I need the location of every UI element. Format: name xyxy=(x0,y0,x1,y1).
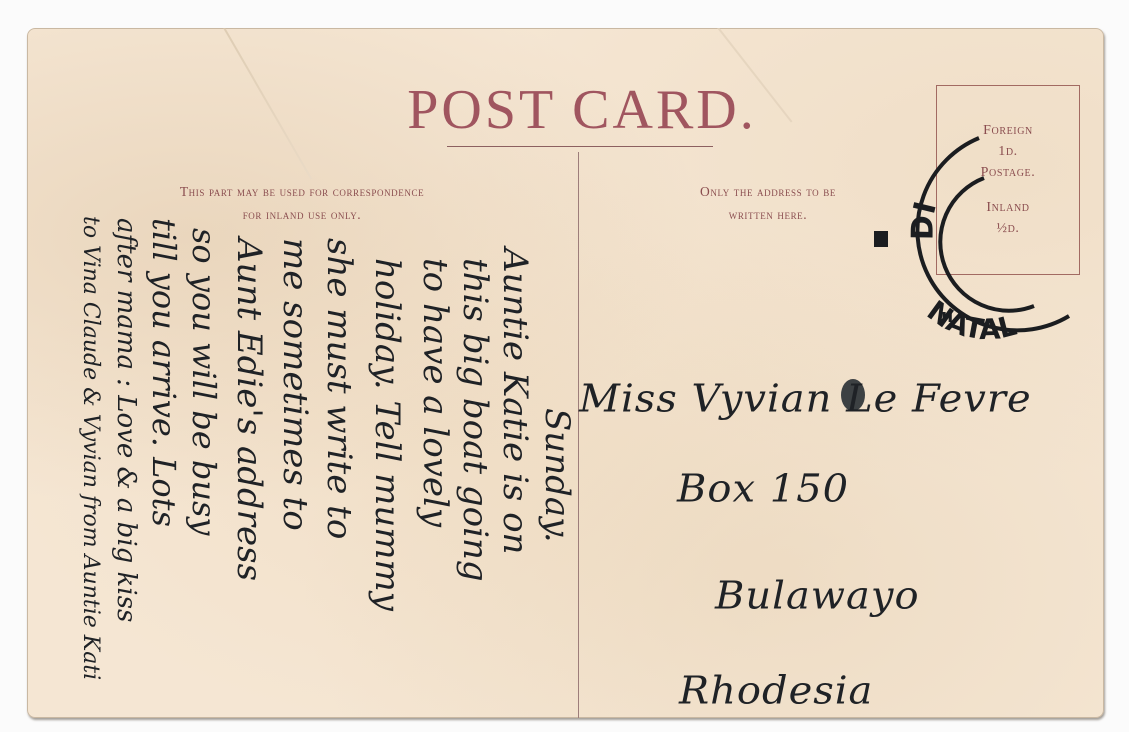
address-city: Bulawayo xyxy=(715,574,920,618)
message-line: me sometimes to xyxy=(275,238,315,531)
title-underline xyxy=(447,146,713,147)
paper-crease xyxy=(223,28,312,180)
message-line: to have a lovely xyxy=(415,258,455,527)
address-recipient: Miss Vyvian Le Fevre xyxy=(579,377,1032,421)
center-divider xyxy=(578,152,579,718)
message-line: this big boat going xyxy=(455,258,495,582)
message-line: so you will be busy xyxy=(185,228,223,535)
message-line: she must write to xyxy=(319,238,359,539)
address-country: Rhodesia xyxy=(679,669,873,713)
postcard-title: POST CARD. xyxy=(372,78,792,142)
svg-text:DI: DI xyxy=(905,198,943,240)
correspondence-heading-line1: This part may be used for correspondence xyxy=(67,180,537,203)
postcard-back: POST CARD. This part may be used for cor… xyxy=(27,28,1104,718)
postmark-top-text: DI xyxy=(905,198,943,240)
handwritten-message: Sunday.Auntie Katie is onthis big boat g… xyxy=(37,218,557,708)
message-line: Sunday. xyxy=(537,408,577,543)
postmark-bottom-text: NATAL xyxy=(921,294,1020,346)
postmark-icon: DI NATAL ıı xyxy=(859,116,1079,346)
address-box: Box 150 xyxy=(677,467,849,511)
svg-text:NATAL: NATAL xyxy=(921,294,1020,346)
message-line: Auntie Katie is on xyxy=(495,248,535,554)
message-line: after mama : Love & a big kiss xyxy=(111,218,141,622)
message-line: Aunt Edie's address xyxy=(229,238,269,581)
message-line: till you arrive. Lots xyxy=(145,218,183,527)
postmark-middle-mark: ıı xyxy=(941,306,953,327)
message-line: holiday. Tell mummy xyxy=(367,258,407,611)
message-line: to Vina Claude & Vyvian from Auntie Kati xyxy=(78,216,103,680)
